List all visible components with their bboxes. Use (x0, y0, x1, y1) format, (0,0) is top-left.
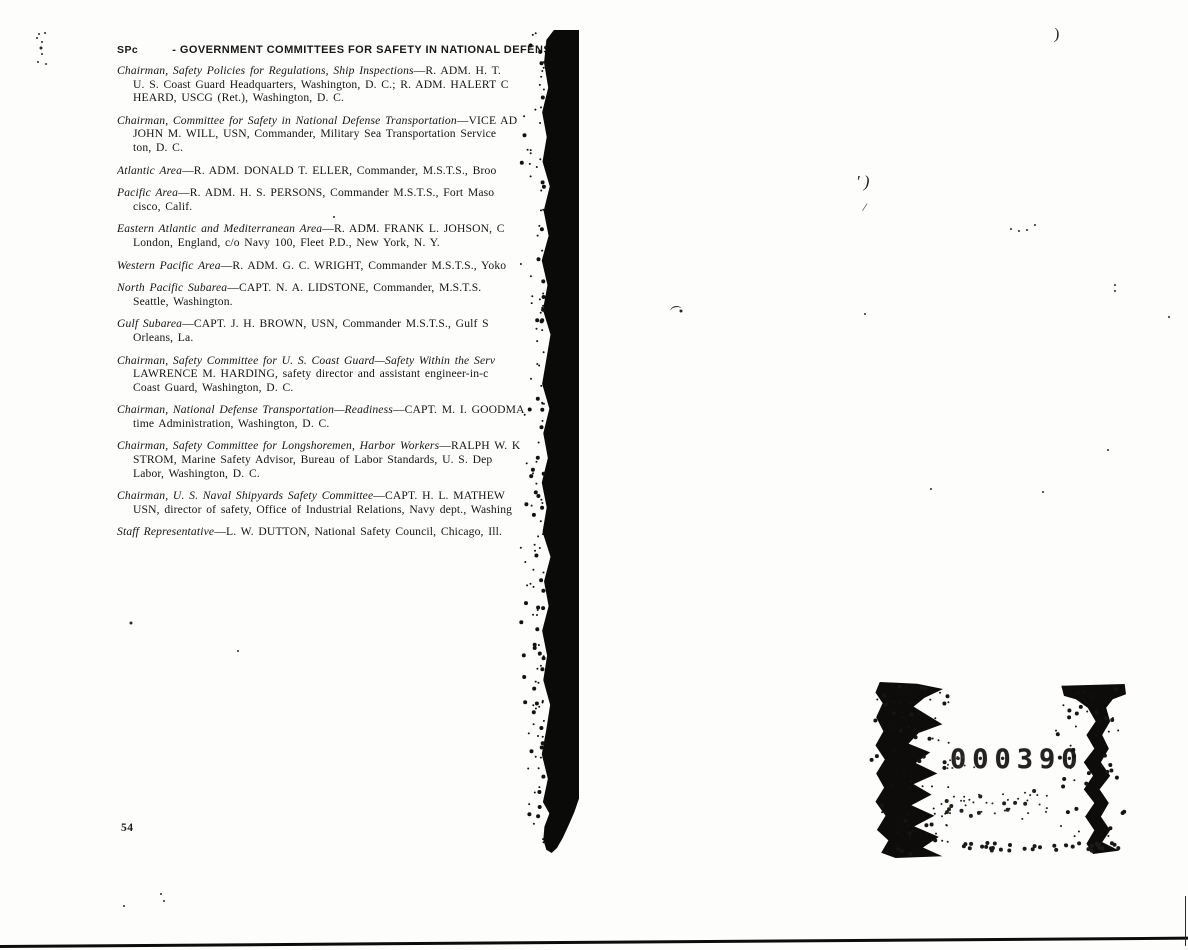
paragraph-first-line: Chairman, Committee for Safety in Nation… (117, 114, 557, 128)
document-paragraph: Chairman, Committee for Safety in Nation… (117, 114, 557, 155)
paragraph-first-line: Eastern Atlantic and Mediterranean Area—… (117, 222, 557, 236)
paragraph-rest: —R. ADM. DONALD T. ELLER, Commander, M.S… (182, 164, 496, 177)
paragraph-lead: Chairman, Safety Policies for Regulation… (117, 64, 414, 77)
document-paragraph: Western Pacific Area—R. ADM. G. C. WRIGH… (117, 259, 557, 273)
paragraph-continuation-line: HEARD, USCG (Ret.), Washington, D. C. (117, 91, 557, 105)
stray-mark-mid-right-2: / (861, 200, 868, 215)
paragraph-first-line: Staff Representative—L. W. DUTTON, Natio… (117, 525, 557, 539)
stamp-noise (868, 678, 870, 680)
stray-mark-mid-left: ( (668, 304, 684, 311)
paragraph-lead: Eastern Atlantic and Mediterranean Area (117, 222, 322, 235)
header-prefix: SPc (117, 44, 138, 56)
paragraph-continuation-line: STROM, Marine Safety Advisor, Bureau of … (117, 453, 557, 467)
paragraph-continuation-line: LAWRENCE M. HARDING, safety director and… (117, 367, 557, 381)
paragraph-continuation-line: cisco, Calif. (117, 200, 557, 214)
document-paragraph: North Pacific Subarea—CAPT. N. A. LIDSTO… (117, 281, 557, 308)
paragraph-lead: Western Pacific Area (117, 259, 221, 272)
paragraph-first-line: North Pacific Subarea—CAPT. N. A. LIDSTO… (117, 281, 557, 295)
paragraph-rest: —VICE AD (457, 114, 517, 127)
paragraph-rest: —R. ADM. FRANK L. JOHSON, C (322, 222, 504, 235)
paragraph-first-line: Chairman, Safety Committee for U. S. Coa… (117, 354, 557, 368)
page-title: - GOVERNMENT COMMITTEES FOR SAFETY IN NA… (172, 44, 559, 56)
paragraph-continuation-line: London, England, c/o Navy 100, Fleet P.D… (117, 236, 557, 250)
paragraph-first-line: Chairman, Safety Policies for Regulation… (117, 64, 557, 78)
paragraph-first-line: Western Pacific Area—R. ADM. G. C. WRIGH… (117, 259, 557, 273)
paragraph-lead: Chairman, Safety Committee for U. S. Coa… (117, 354, 495, 367)
page-specks (0, 0, 2, 2)
paragraph-rest: —CAPT. J. H. BROWN, USN, Commander M.S.T… (182, 317, 489, 330)
paragraph-continuation-line: JOHN M. WILL, USN, Commander, Military S… (117, 127, 557, 141)
paragraph-continuation-line: Orleans, La. (117, 331, 557, 345)
document-paragraph: Eastern Atlantic and Mediterranean Area—… (117, 222, 557, 249)
scan-noise-left (541, 30, 543, 32)
paragraph-continuation-line: Seattle, Washington. (117, 295, 557, 309)
paragraph-rest: —CAPT. M. I. GOODMA (393, 403, 525, 416)
paragraph-first-line: Chairman, Safety Committee for Longshore… (117, 439, 557, 453)
document-paragraph: Chairman, Safety Committee for Longshore… (117, 439, 557, 480)
document-paragraph: Chairman, National Defense Transportatio… (117, 403, 557, 430)
paragraph-continuation-line: Coast Guard, Washington, D. C. (117, 381, 557, 395)
paragraph-rest: —L. W. DUTTON, National Safety Council, … (214, 525, 502, 538)
paragraph-rest: —R. ADM. G. C. WRIGHT, Commander M.S.T.S… (221, 259, 507, 272)
stray-mark-mid-right: ′) (856, 172, 873, 192)
document-paragraph: Gulf Subarea—CAPT. J. H. BROWN, USN, Com… (117, 317, 557, 344)
document-paragraph: Chairman, Safety Policies for Regulation… (117, 64, 557, 105)
paragraph-continuation-line: USN, director of safety, Office of Indus… (117, 503, 557, 517)
paragraph-rest: —R. ADM. H. T. (414, 64, 501, 77)
document-paragraph: Staff Representative—L. W. DUTTON, Natio… (117, 525, 557, 539)
paragraph-first-line: Chairman, National Defense Transportatio… (117, 403, 557, 417)
paragraph-lead: Gulf Subarea (117, 317, 182, 330)
paragraph-lead: Atlantic Area (117, 164, 182, 177)
document-paragraph: Atlantic Area—R. ADM. DONALD T. ELLER, C… (117, 164, 557, 178)
scanned-page: SPc- GOVERNMENT COMMITTEES FOR SAFETY IN… (0, 0, 1188, 950)
paragraph-first-line: Chairman, U. S. Naval Shipyards Safety C… (117, 489, 557, 503)
paragraph-rest: —CAPT. H. L. MATHEW (373, 489, 505, 502)
paragraph-lead: Chairman, National Defense Transportatio… (117, 403, 393, 416)
document-paragraph: Chairman, U. S. Naval Shipyards Safety C… (117, 489, 557, 516)
committee-list: Chairman, Safety Policies for Regulation… (117, 64, 557, 548)
stamp-number: 000390 (950, 744, 1084, 775)
right-edge-tick (1185, 896, 1186, 946)
paragraph-lead: Chairman, U. S. Naval Shipyards Safety C… (117, 489, 373, 502)
document-paragraph: Chairman, Safety Committee for U. S. Coa… (117, 354, 557, 395)
paragraph-lead: Chairman, Committee for Safety in Nation… (117, 114, 457, 127)
paragraph-continuation-line: time Administration, Washington, D. C. (117, 417, 557, 431)
paragraph-rest: —R. ADM. H. S. PERSONS, Commander M.S.T.… (178, 186, 494, 199)
scan-gutter-band (541, 30, 579, 853)
paragraph-continuation-line: U. S. Coast Guard Headquarters, Washingt… (117, 78, 557, 92)
ink-stamp: 000390 (868, 678, 1134, 862)
paragraph-lead: Pacific Area (117, 186, 178, 199)
paragraph-continuation-line: ton, D. C. (117, 141, 557, 155)
page-number: 54 (121, 822, 134, 834)
paragraph-lead: Chairman, Safety Committee for Longshore… (117, 439, 439, 452)
page-header: SPc- GOVERNMENT COMMITTEES FOR SAFETY IN… (117, 44, 559, 56)
paragraph-lead: Staff Representative (117, 525, 214, 538)
document-paragraph: Pacific Area—R. ADM. H. S. PERSONS, Comm… (117, 186, 557, 213)
paragraph-first-line: Atlantic Area—R. ADM. DONALD T. ELLER, C… (117, 164, 557, 178)
paragraph-rest: —RALPH W. K (439, 439, 520, 452)
paragraph-lead: North Pacific Subarea (117, 281, 227, 294)
ink-blob-left (874, 682, 946, 858)
bottom-scan-line (0, 937, 1188, 948)
stray-mark-top-right: ) (1053, 26, 1060, 44)
paragraph-rest: —CAPT. N. A. LIDSTONE, Commander, M.S.T.… (227, 281, 481, 294)
paragraph-first-line: Gulf Subarea—CAPT. J. H. BROWN, USN, Com… (117, 317, 557, 331)
paragraph-continuation-line: Labor, Washington, D. C. (117, 467, 557, 481)
paragraph-first-line: Pacific Area—R. ADM. H. S. PERSONS, Comm… (117, 186, 557, 200)
